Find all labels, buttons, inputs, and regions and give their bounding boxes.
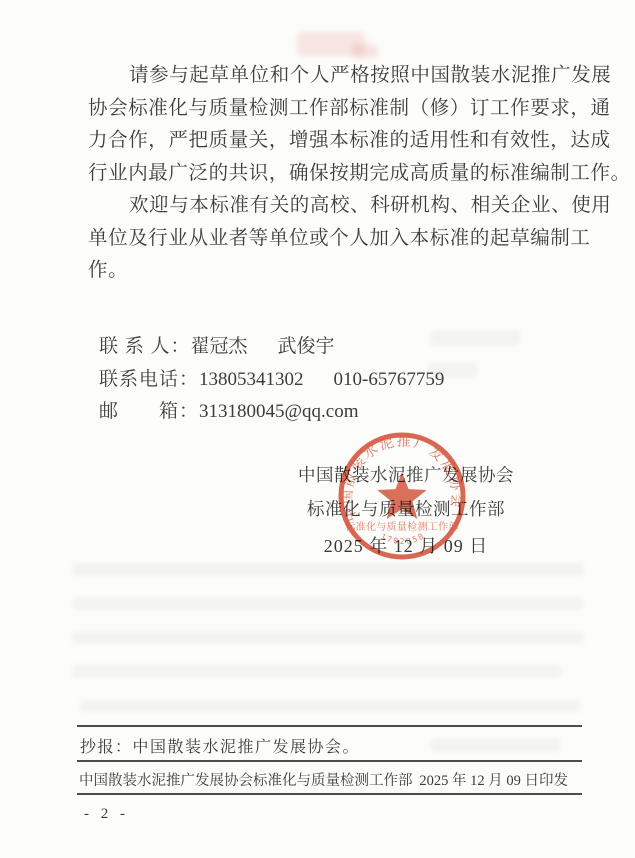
bleed-through-mark [72,563,584,576]
contact-phone-label: 联系电话： [99,369,199,390]
contact-phone-2: 010-65767759 [334,369,445,390]
document-page: 请参与起草单位和个人严格按照中国散装水泥推广发展 协会标准化与质量检测工作部标准… [0,0,635,858]
official-seal-stamp: 中国散装水泥推广发展协会 标准化与质量检测工作部 17020503 [336,430,468,562]
body-text: 请参与起草单位和个人严格按照中国散装水泥推广发展 协会标准化与质量检测工作部标准… [88,60,588,288]
footer-rule-bottom [77,793,582,795]
page-number: - 2 - [84,806,129,823]
paragraph1-line: 协会标准化与质量检测工作部标准制（修）订工作要求，通 [88,93,588,126]
contact-person-1: 翟冠杰 [191,336,248,357]
paragraph2-line: 欢迎与本标准有关的高校、科研机构、相关企业、使用 [88,190,588,223]
stamp-inner-text: 标准化与质量检测工作部 [345,520,458,533]
bleed-through-mark [352,44,378,58]
bleed-through-mark [430,738,560,752]
bleed-through-mark [80,700,580,712]
bleed-through-mark [72,597,584,610]
paragraph1-line: 请参与起草单位和个人严格按照中国散装水泥推广发展 [88,60,588,93]
contact-email: 313180045@qq.com [199,401,358,422]
contact-email-label: 邮 箱： [99,401,199,422]
paragraph2-line: 作。 [88,255,588,288]
contact-phone-line: 联系电话：13805341302010-65767759 [99,364,444,397]
contact-person-2: 武俊宇 [278,336,335,357]
contact-block: 联 系 人：翟冠杰武俊宇 联系电话：13805341302010-6576775… [99,331,444,429]
bleed-through-mark [297,32,365,56]
bleed-through-mark [72,665,562,678]
paragraph1-line: 力合作，严把质量关，增强本标准的适用性和有效性，达成 [88,125,588,158]
footer-imprint-line: 中国散装水泥推广发展协会标准化与质量检测工作部 2025 年 12 月 09 日… [79,769,568,790]
contact-person-line: 联 系 人：翟冠杰武俊宇 [99,331,444,364]
paragraph2-line: 单位及行业从业者等单位或个人加入本标准的起草编制工 [88,223,588,256]
contact-email-line: 邮 箱：313180045@qq.com [99,396,444,429]
bleed-through-mark [72,631,584,644]
contact-phone-1: 13805341302 [199,369,304,390]
paragraph1-line: 行业内最广泛的共识，确保按期完成高质量的标准编制工作。 [88,158,588,191]
footer-copy-line: 抄报：中国散装水泥推广发展协会。 [80,734,360,757]
footer-rule-top [77,725,582,727]
contact-person-label: 联 系 人： [99,336,191,357]
footer-rule-middle [77,760,582,762]
stamp-star-icon [377,472,426,519]
footer-imprint-date: 2025 年 12 月 09 日印发 [419,769,568,790]
footer-imprint-org: 中国散装水泥推广发展协会标准化与质量检测工作部 [79,769,413,790]
